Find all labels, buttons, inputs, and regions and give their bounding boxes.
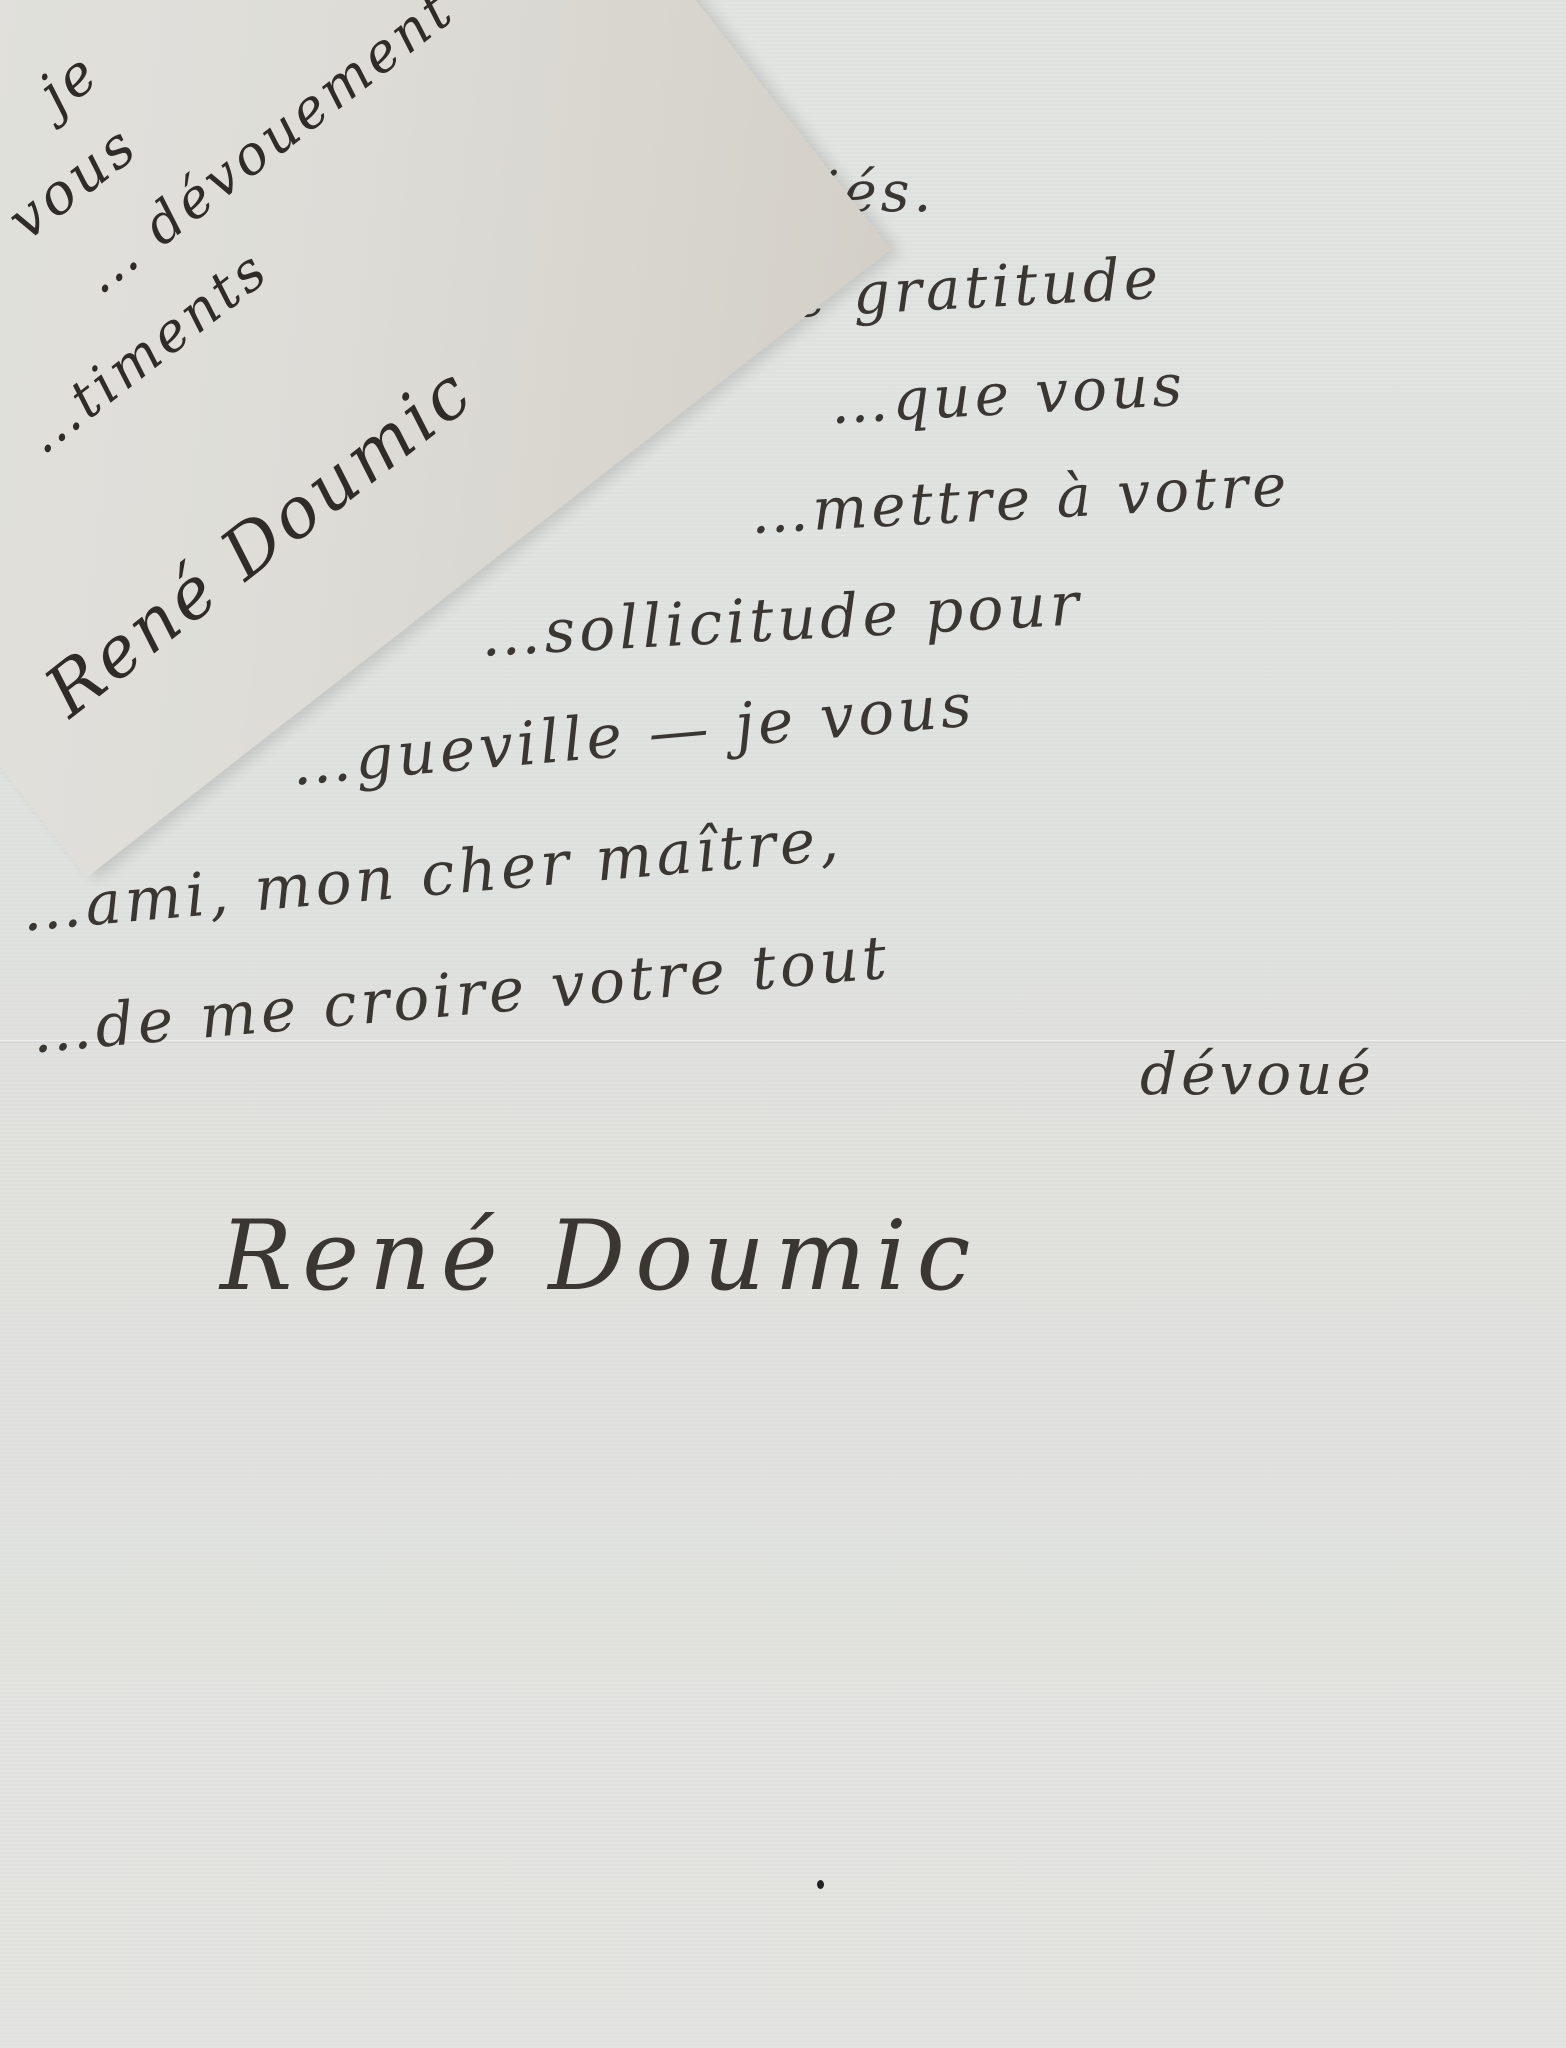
letter-line: …que vous: [828, 351, 1187, 438]
letter-line: dévoué: [1140, 1040, 1375, 1108]
letter-line: …mettre à votre: [749, 451, 1292, 547]
letter-line: …gueville — je vous: [288, 670, 978, 800]
ink-dot: [817, 1880, 824, 1889]
letter-line: …de me croire votre tout: [29, 923, 894, 1068]
letter-line: …sollicitude pour: [479, 569, 1085, 670]
signature: René Doumic: [220, 1200, 980, 1312]
